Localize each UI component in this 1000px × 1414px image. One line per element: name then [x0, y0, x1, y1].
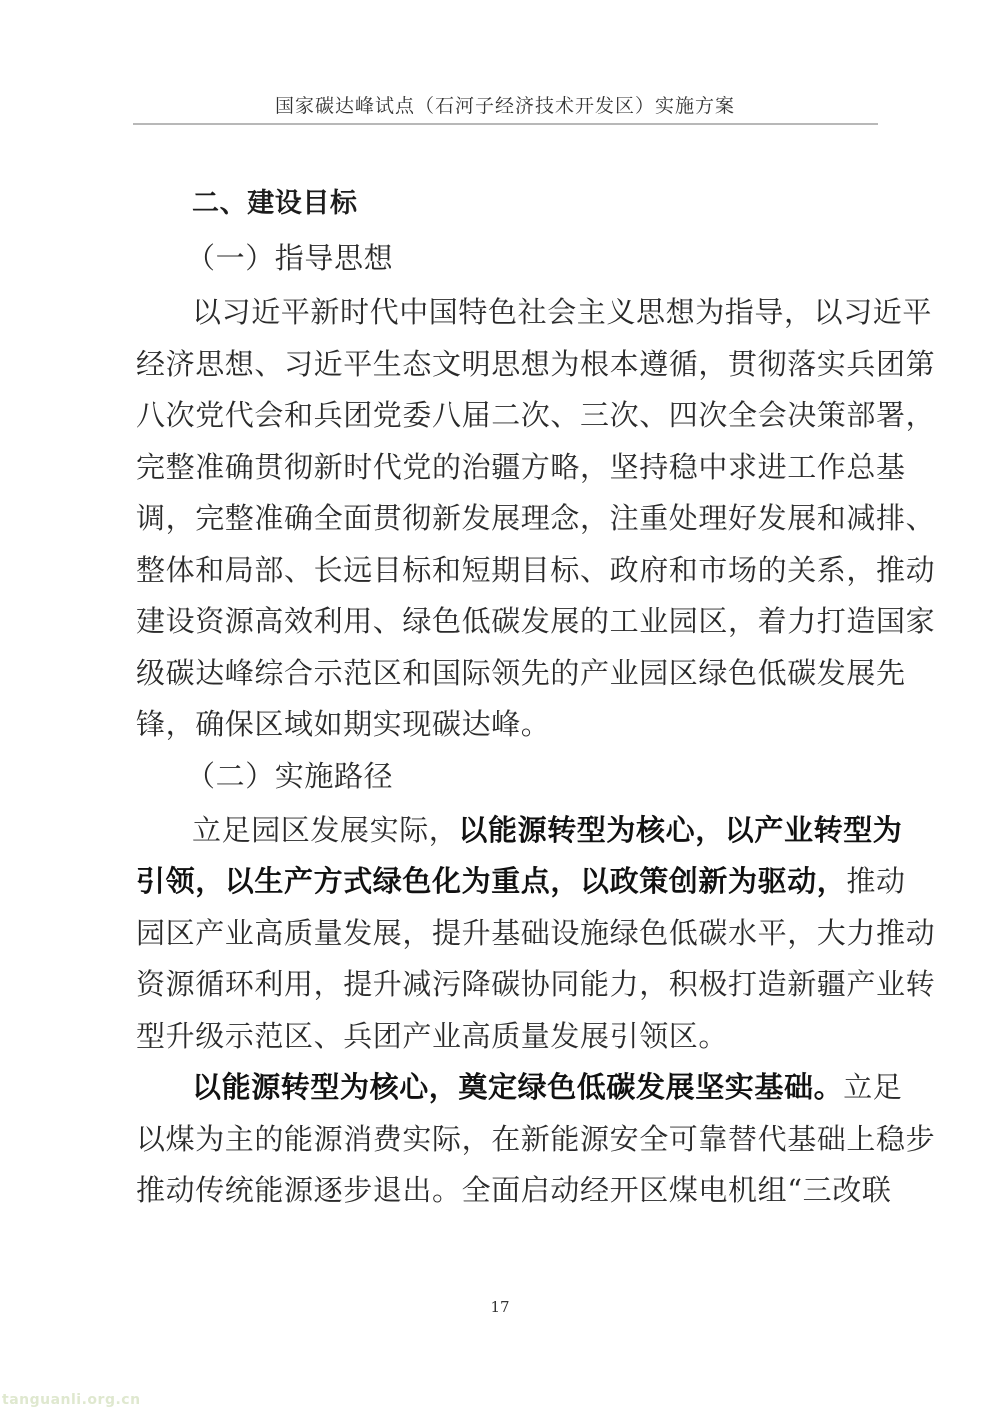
text-line: 引领，以生产方式绿色化为重点，以政策创新为驱动，推动 [136, 859, 876, 911]
emphasis-text: 以能源转型为核心，以产业转型为 [458, 813, 902, 847]
text-line: 园区产业高质量发展，提升基础设施绿色低碳水平，大力推动 [136, 911, 876, 963]
subsection-heading-guiding-ideology: （一）指导思想 [136, 236, 876, 290]
text-line: 资源循环利用，提升减污降碳协同能力，积极打造新疆产业转 [136, 962, 876, 1014]
text-line: 完整准确贯彻新时代党的治疆方略，坚持稳中求进工作总基 [136, 445, 876, 497]
paragraph-guiding-ideology: 以习近平新时代中国特色社会主义思想为指导，以习近平 经济思想、习近平生态文明思想… [136, 290, 876, 754]
text-line: 建设资源高效利用、绿色低碳发展的工业园区，着力打造国家 [136, 599, 876, 651]
emphasis-text: 以能源转型为核心，奠定绿色低碳发展坚实基础。 [192, 1070, 843, 1104]
text-line: 以煤为主的能源消费实际，在新能源安全可靠替代基础上稳步 [136, 1117, 876, 1169]
page-number: 17 [0, 1298, 1000, 1316]
text-span: 立足园区发展实际， [192, 813, 458, 847]
text-line: 推动传统能源逐步退出。全面启动经开区煤电机组“三改联 [136, 1168, 876, 1220]
text-span: 立足 [843, 1070, 902, 1104]
text-span: 推动 [846, 864, 905, 898]
document-body: 二、建设目标 （一）指导思想 以习近平新时代中国特色社会主义思想为指导，以习近平… [136, 182, 876, 1220]
header-divider [133, 123, 878, 125]
running-header-title: 国家碳达峰试点（石河子经济技术开发区）实施方案 [134, 94, 876, 118]
watermark: tanguanli.org.cn [2, 1392, 141, 1408]
text-line: 以习近平新时代中国特色社会主义思想为指导，以习近平 [136, 290, 876, 342]
text-line: 以能源转型为核心，奠定绿色低碳发展坚实基础。立足 [136, 1065, 876, 1117]
paragraph-energy-transition: 以能源转型为核心，奠定绿色低碳发展坚实基础。立足 以煤为主的能源消费实际，在新能… [136, 1065, 876, 1220]
text-line: 型升级示范区、兵团产业高质量发展引领区。 [136, 1014, 876, 1066]
section-heading: 二、建设目标 [136, 182, 876, 236]
text-line: 八次党代会和兵团党委八届二次、三次、四次全会决策部署， [136, 393, 876, 445]
text-line: 经济思想、习近平生态文明思想为根本遵循，贯彻落实兵团第 [136, 342, 876, 394]
paragraph-implementation-path: 立足园区发展实际，以能源转型为核心，以产业转型为 引领，以生产方式绿色化为重点，… [136, 808, 876, 1066]
text-line: 锋，确保区域如期实现碳达峰。 [136, 702, 876, 754]
text-line: 立足园区发展实际，以能源转型为核心，以产业转型为 [136, 808, 876, 860]
text-line: 调，完整准确全面贯彻新发展理念，注重处理好发展和减排、 [136, 496, 876, 548]
emphasis-text: 引领，以生产方式绿色化为重点，以政策创新为驱动， [136, 864, 846, 898]
text-line: 整体和局部、长远目标和短期目标、政府和市场的关系，推动 [136, 548, 876, 600]
text-line: 级碳达峰综合示范区和国际领先的产业园区绿色低碳发展先 [136, 651, 876, 703]
subsection-heading-implementation-path: （二）实施路径 [136, 754, 876, 808]
